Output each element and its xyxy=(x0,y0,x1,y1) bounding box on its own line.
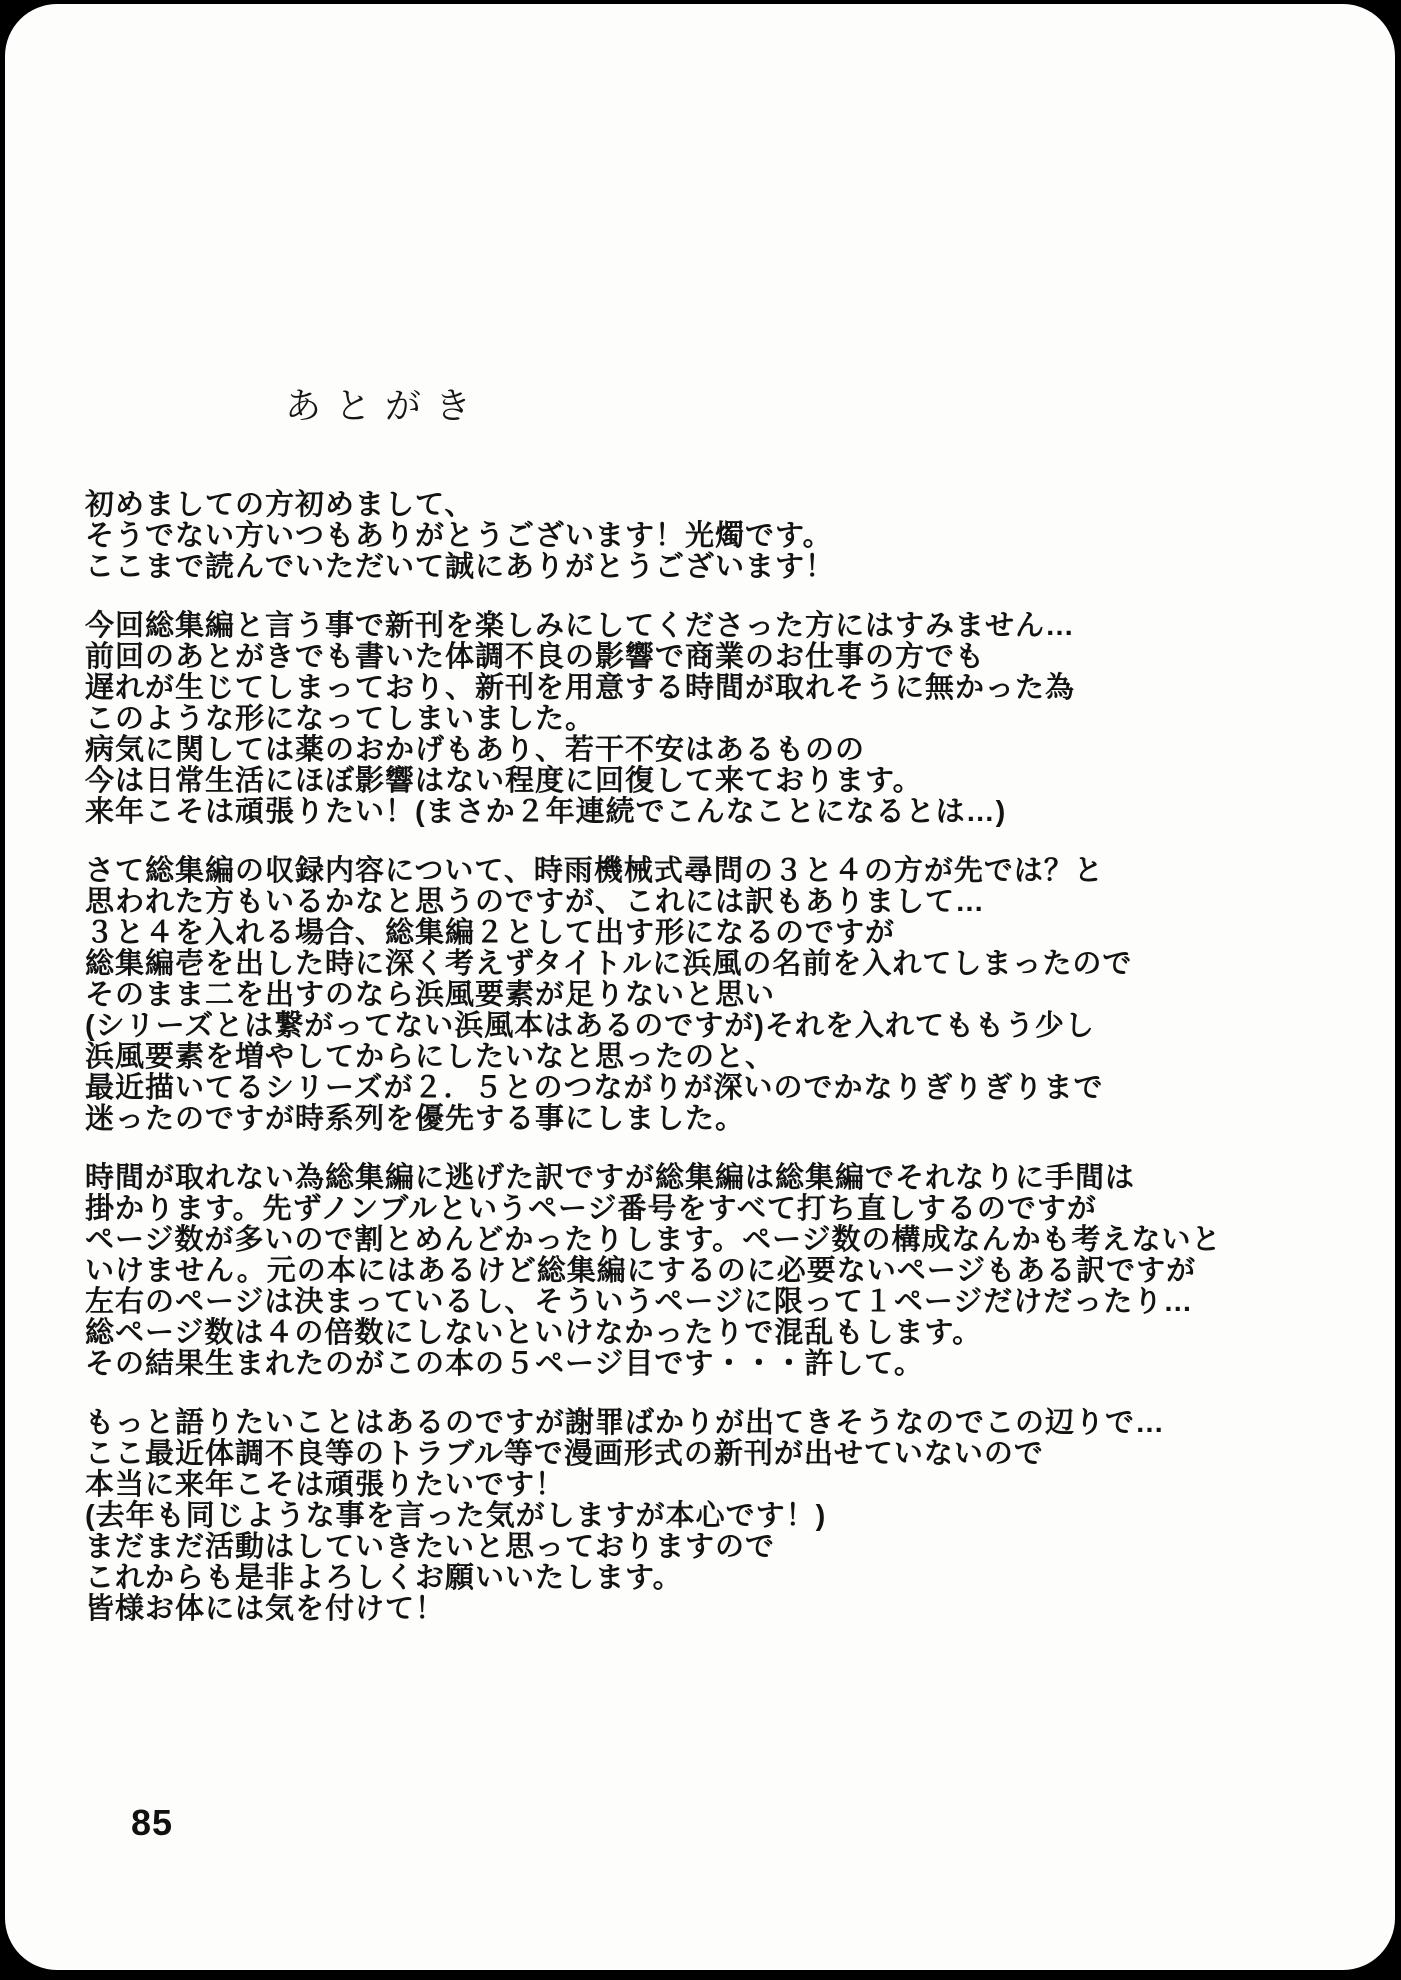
paragraph-apology-health: 今回総集編と言う事で新刊を楽しみにしてくださった方にはすみません… 前回のあとが… xyxy=(85,611,1355,828)
text-line: 最近描いてるシリーズが２．５とのつながりが深いのでかなりぎりぎりまで xyxy=(85,1073,1355,1104)
text-line: 左右のページは決まっているし、そういうページに限って１ページだけだったり… xyxy=(85,1287,1355,1318)
text-line: 前回のあとがきでも書いた体調不良の影響で商業のお仕事の方でも xyxy=(85,642,1355,673)
text-line: まだまだ活動はしていきたいと思っておりますので xyxy=(85,1532,1355,1563)
afterword-title: あとがき xyxy=(285,378,485,429)
text-line: 浜風要素を増やしてからにしたいなと思ったのと、 xyxy=(85,1042,1355,1073)
text-line: ページ数が多いので割とめんどかったりします。ページ数の構成なんかも考えないと xyxy=(85,1225,1355,1256)
paragraph-greeting: 初めましての方初めまして、 そうでない方いつもありがとうございます！光燭です。 … xyxy=(85,490,1355,583)
text-line: 迷ったのですが時系列を優先する事にしました。 xyxy=(85,1104,1355,1135)
text-line: ここ最近体調不良等のトラブル等で漫画形式の新刊が出せていないので xyxy=(85,1439,1355,1470)
text-line: このような形になってしまいました。 xyxy=(85,704,1355,735)
afterword-page: あとがき 初めましての方初めまして、 そうでない方いつもありがとうございます！光… xyxy=(5,4,1395,1970)
paragraph-contents-explanation: さて総集編の収録内容について、時雨機械式尋問の３と４の方が先では？と 思われた方… xyxy=(85,856,1355,1135)
text-line: ３と４を入れる場合、総集編２として出す形になるのですが xyxy=(85,918,1355,949)
text-line: その結果生まれたのがこの本の５ページ目です・・・許して。 xyxy=(85,1349,1355,1380)
text-line: 掛かります。先ずノンブルというページ番号をすべて打ち直しするのですが xyxy=(85,1194,1355,1225)
text-line: (シリーズとは繋がってない浜風本はあるのですが)それを入れてももう少し xyxy=(85,1011,1355,1042)
text-line: 総ページ数は４の倍数にしないといけなかったりで混乱もします。 xyxy=(85,1318,1355,1349)
text-line: (去年も同じような事を言った気がしますが本心です！) xyxy=(85,1501,1355,1532)
paragraph-compilation-work: 時間が取れない為総集編に逃げた訳ですが総集編は総集編でそれなりに手間は 掛かりま… xyxy=(85,1163,1355,1380)
text-line: 初めましての方初めまして、 xyxy=(85,490,1355,521)
text-line: 病気に関しては薬のおかげもあり、若干不安はあるものの xyxy=(85,735,1355,766)
text-line: さて総集編の収録内容について、時雨機械式尋問の３と４の方が先では？と xyxy=(85,856,1355,887)
text-line: 来年こそは頑張りたい！(まさか２年連続でこんなことになるとは…) xyxy=(85,797,1355,828)
text-line: これからも是非よろしくお願いいたします。 xyxy=(85,1563,1355,1594)
text-line: そのまま二を出すのなら浜風要素が足りないと思い xyxy=(85,980,1355,1011)
text-line: もっと語りたいことはあるのですが謝罪ばかりが出てきそうなのでこの辺りで… xyxy=(85,1408,1355,1439)
text-line: 本当に来年こそは頑張りたいです！ xyxy=(85,1470,1355,1501)
paragraph-closing: もっと語りたいことはあるのですが謝罪ばかりが出てきそうなのでこの辺りで… ここ最… xyxy=(85,1408,1355,1625)
text-line: 遅れが生じてしまっており、新刊を用意する時間が取れそうに無かった為 xyxy=(85,673,1355,704)
text-line: 総集編壱を出した時に深く考えずタイトルに浜風の名前を入れてしまったので xyxy=(85,949,1355,980)
text-line: そうでない方いつもありがとうございます！光燭です。 xyxy=(85,521,1355,552)
page-number: 85 xyxy=(131,1802,173,1844)
scan-black-border: あとがき 初めましての方初めまして、 そうでない方いつもありがとうございます！光… xyxy=(0,0,1401,1980)
text-line: 皆様お体には気を付けて！ xyxy=(85,1594,1355,1625)
afterword-body: 初めましての方初めまして、 そうでない方いつもありがとうございます！光燭です。 … xyxy=(85,490,1355,1653)
text-line: 今回総集編と言う事で新刊を楽しみにしてくださった方にはすみません… xyxy=(85,611,1355,642)
text-line: 今は日常生活にほぼ影響はない程度に回復して来ております。 xyxy=(85,766,1355,797)
text-line: ここまで読んでいただいて誠にありがとうございます！ xyxy=(85,552,1355,583)
text-line: 時間が取れない為総集編に逃げた訳ですが総集編は総集編でそれなりに手間は xyxy=(85,1163,1355,1194)
text-line: 思われた方もいるかなと思うのですが、これには訳もありまして… xyxy=(85,887,1355,918)
text-line: いけません。元の本にはあるけど総集編にするのに必要ないページもある訳ですが xyxy=(85,1256,1355,1287)
